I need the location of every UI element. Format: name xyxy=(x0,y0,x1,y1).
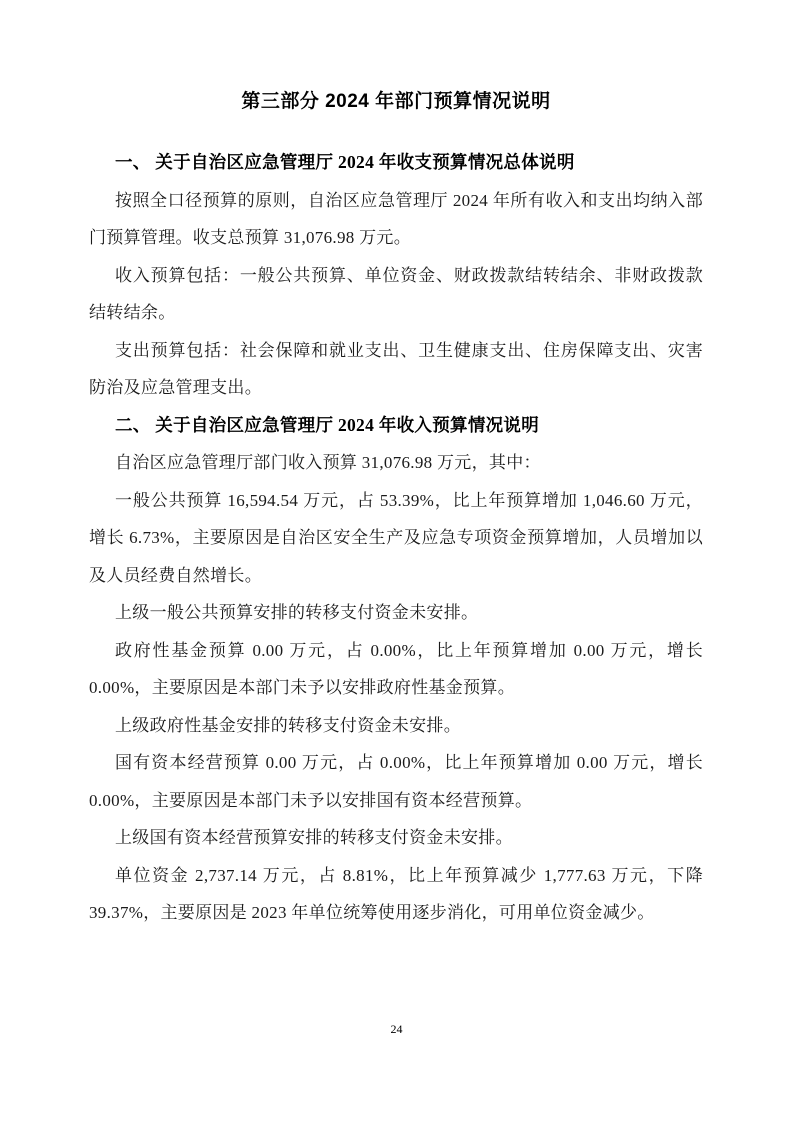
document-page: 第三部分 2024 年部门预算情况说明 一、 关于自治区应急管理厅 2024 年… xyxy=(0,0,793,1122)
section-2-paragraph: 国有资本经营预算 0.00 万元，占 0.00%，比上年预算增加 0.00 万元… xyxy=(89,744,703,819)
section-2-paragraph: 自治区应急管理厅部门收入预算 31,076.98 万元，其中： xyxy=(89,444,703,482)
section-2-paragraph: 上级国有资本经营预算安排的转移支付资金未安排。 xyxy=(89,819,703,857)
section-2-paragraph: 政府性基金预算 0.00 万元，占 0.00%，比上年预算增加 0.00 万元，… xyxy=(89,632,703,707)
section-1-paragraph: 按照全口径预算的原则，自治区应急管理厅 2024 年所有收入和支出均纳入部门预算… xyxy=(89,182,703,257)
section-2-paragraph: 单位资金 2,737.14 万元，占 8.81%，比上年预算减少 1,777.6… xyxy=(89,857,703,932)
section-2-heading: 二、 关于自治区应急管理厅 2024 年收入预算情况说明 xyxy=(89,407,703,445)
section-2-paragraph: 上级政府性基金安排的转移支付资金未安排。 xyxy=(89,707,703,745)
page-number: 24 xyxy=(0,1021,793,1037)
section-1-paragraph: 支出预算包括：社会保障和就业支出、卫生健康支出、住房保障支出、灾害防治及应急管理… xyxy=(89,332,703,407)
section-1-heading: 一、 关于自治区应急管理厅 2024 年收支预算情况总体说明 xyxy=(89,144,703,182)
section-2-paragraph: 上级一般公共预算安排的转移支付资金未安排。 xyxy=(89,594,703,632)
document-title: 第三部分 2024 年部门预算情况说明 xyxy=(89,86,703,118)
section-2-paragraph: 一般公共预算 16,594.54 万元，占 53.39%，比上年预算增加 1,0… xyxy=(89,482,703,595)
section-1-paragraph: 收入预算包括：一般公共预算、单位资金、财政拨款结转结余、非财政拨款结转结余。 xyxy=(89,257,703,332)
document-content: 第三部分 2024 年部门预算情况说明 一、 关于自治区应急管理厅 2024 年… xyxy=(89,86,703,932)
